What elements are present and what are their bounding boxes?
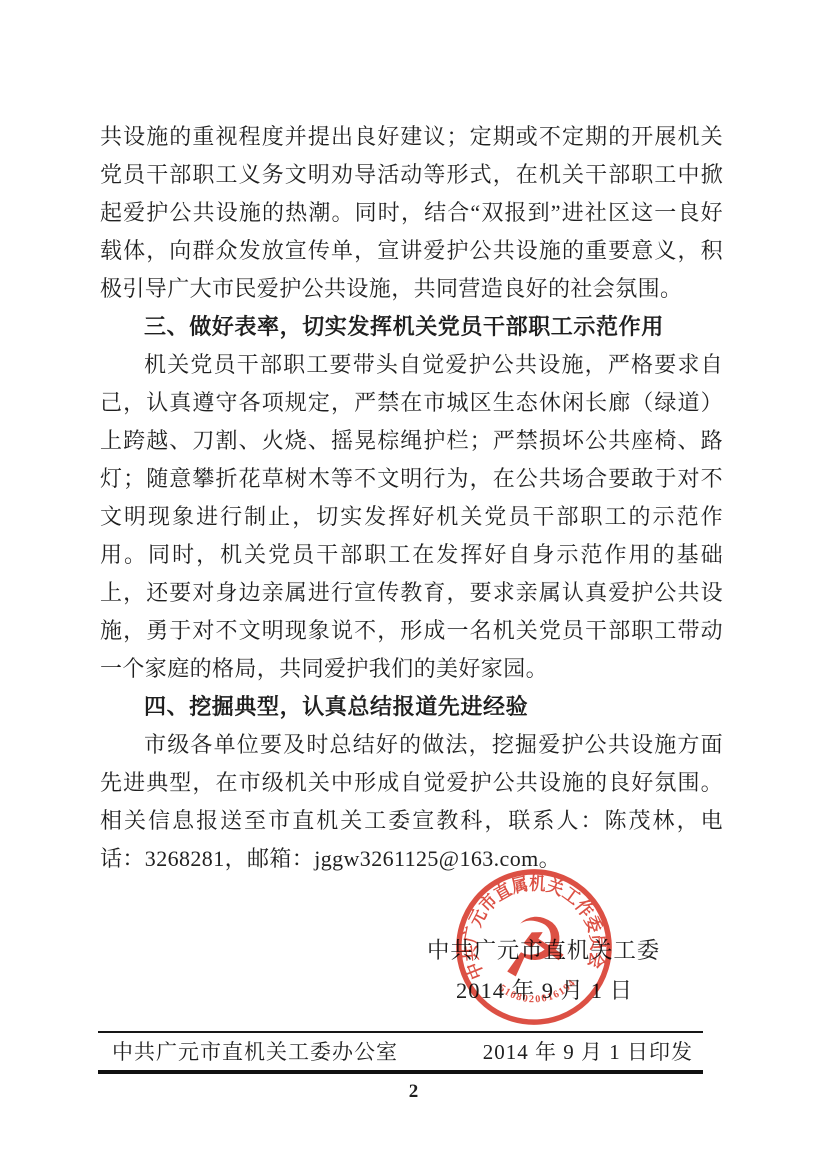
svg-text:中共广元市直属机关工作委员会: 中共广元市直属机关工作委员会: [453, 866, 610, 983]
footer-row: 中共广元市直机关工委办公室 2014 年 9 月 1 日印发: [98, 1038, 703, 1064]
footer-divider-thin: [98, 1031, 703, 1033]
document-page: 共设施的重视程度并提出良好建议；定期或不定期的开展机关党员干部职工义务文明劝导活…: [0, 0, 827, 1169]
page-number: 2: [0, 1081, 827, 1103]
section-heading-4: 四、挖掘典型，认真总结报道先进经验: [100, 688, 723, 726]
paragraph-continued: 共设施的重视程度并提出良好建议；定期或不定期的开展机关党员干部职工义务文明劝导活…: [100, 118, 723, 308]
document-body: 共设施的重视程度并提出良好建议；定期或不定期的开展机关党员干部职工义务文明劝导活…: [100, 118, 723, 878]
seal-arc-text: 中共广元市直属机关工作委员会: [453, 866, 610, 983]
footer-divider-thick: [98, 1070, 703, 1074]
signature-date: 2014 年 9 月 1 日: [456, 973, 633, 1005]
paragraph-section-3: 机关党员干部职工要带头自觉爱护公共设施，严格要求自己，认真遵守各项规定，严禁在市…: [100, 346, 723, 688]
section-heading-3: 三、做好表率，切实发挥机关党员干部职工示范作用: [100, 308, 723, 346]
footer-issuer: 中共广元市直机关工委办公室: [98, 1036, 398, 1066]
signature-org: 中共广元市直机关工委: [427, 933, 660, 965]
paragraph-section-4: 市级各单位要及时总结好的做法，挖掘爱护公共设施方面先进典型，在市级机关中形成自觉…: [100, 726, 723, 878]
footer-print-date: 2014 年 9 月 1 日印发: [483, 1036, 703, 1066]
